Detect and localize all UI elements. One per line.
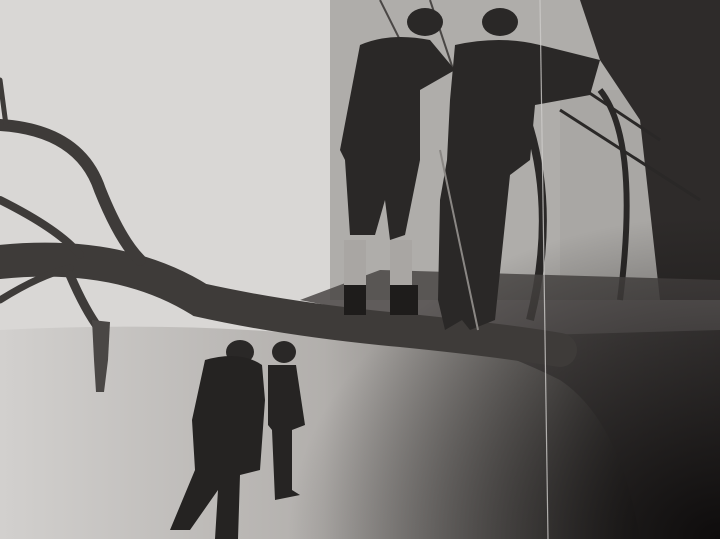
photograph xyxy=(0,0,720,539)
photo-scene xyxy=(0,0,720,539)
